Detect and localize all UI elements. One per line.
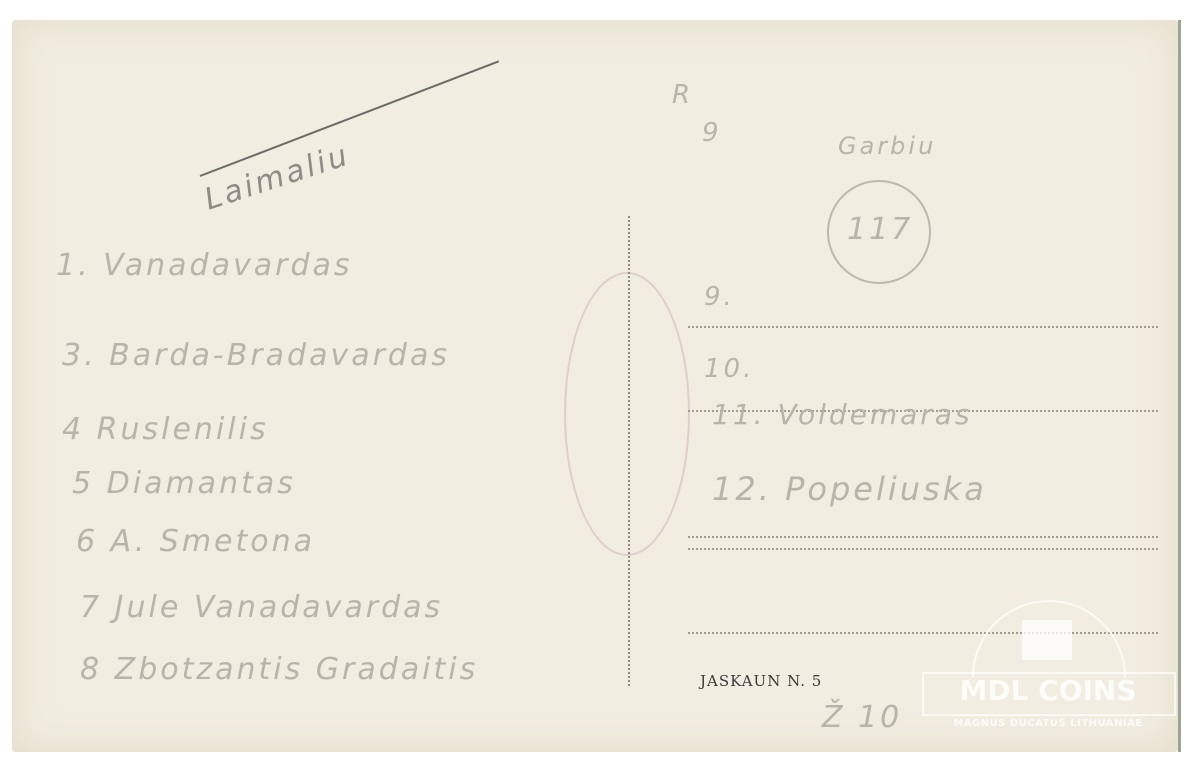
list-item: 12. Popeliuska: [712, 470, 987, 508]
list-item: 9.: [704, 282, 735, 312]
address-line: [688, 326, 1158, 328]
list-item: 10.: [704, 354, 754, 384]
list-item: 3. Barda-Bradavardas: [62, 338, 450, 373]
list-item: 6 A. Smetona: [76, 524, 315, 559]
watermark-name: MDL COINS: [920, 674, 1176, 707]
bottom-note: Ž 10: [822, 700, 902, 735]
list-item: 8 Zbotzantis Gradaitis: [80, 652, 478, 687]
address-line: [688, 536, 1158, 538]
printer-mark: JASKAUN N. 5: [700, 672, 822, 690]
watermark-subtitle: MAGNUS DUCATUS LITHUANIAE: [920, 718, 1176, 729]
dotted-divider: [628, 216, 630, 686]
top-note: R: [672, 80, 693, 110]
faded-stamp-oval: [564, 272, 690, 556]
circled-number: 117: [827, 180, 931, 284]
list-item: 7 Jule Vanadavardas: [80, 590, 443, 625]
list-item: 11. Voldemaras: [712, 398, 973, 431]
list-item: 4 Ruslenilis: [62, 412, 269, 447]
list-item: 5 Diamantas: [72, 466, 296, 501]
top-note: 9: [702, 118, 722, 148]
heading-note: Laimaliu: [200, 138, 354, 218]
watermark-logo: MDL COINS MAGNUS DUCATUS LITHUANIAE: [920, 610, 1176, 750]
list-item: 1. Vanadavardas: [56, 248, 353, 283]
top-note: Garbiu: [838, 132, 936, 160]
address-line: [688, 548, 1158, 550]
castle-icon: [1022, 620, 1072, 660]
